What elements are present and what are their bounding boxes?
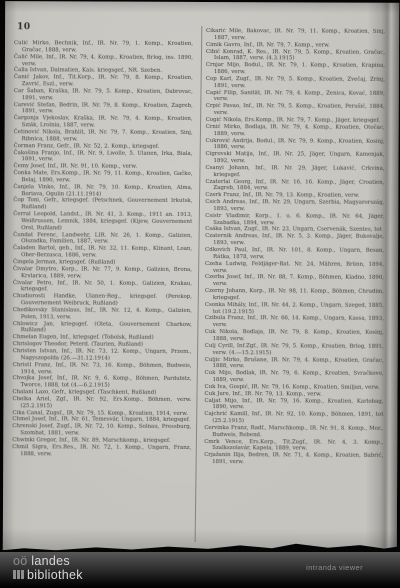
register-entry: Čargonja Vjekoslav, Kraška, IR. Nr. 79, … [14,115,193,129]
register-entry: Četinović Nikola, Brahlit, IR. Nr. 79, 7… [14,129,193,143]
register-entry: Csich Andreas, Inf., IR. Nr. 29, Ungarn,… [205,199,384,213]
register-entry: Čaladen Bartol, geb., Inf., IR. Nr. 32, … [13,245,192,259]
register-entry: Czerny Johann, Korp., IR. Nr. 98, 11. Ko… [205,288,384,302]
register-entry: Čulić Mirko, Bechnik, Inf., IR. Nr. 79, … [14,40,193,54]
register-entry: Cmrk Vence, Ers.Korp., Tit.Zugf., IR. Nr… [204,439,383,453]
column-divider [195,26,203,542]
logo-line-2: bibliothek [13,569,83,583]
register-entry: Csistr Vladimir, Korp., 1. u. 6. Komp., … [205,213,384,227]
register-entry: Čakošina Franjo, Inf., IR. Nr. 9, Lwolle… [13,150,192,164]
register-entry: Čivalar Petro, Inf., IR. Nr. 50, 1. Komp… [13,280,192,294]
register-entry: Cop Karl, Zugf., IR. Nr. 79, 5. Komp., K… [206,76,385,90]
register-entry: Čonka Mate, Ers.Komp., IR. Nr. 79, 11. K… [13,170,192,184]
register-entry: Car Šaban, Kraška, IR. Nr. 79, 5. Komp.,… [14,88,193,102]
register-entry: Cigrovski Matija, Inf., IR. Nr. 25, Jäge… [205,151,384,165]
register-entry: Chudiorosti Handke, Ulanen-Reg., kriegsg… [13,293,192,307]
register-entry: Capić Filip, Sanität, IR. Nr. 79, 4. Kom… [206,90,385,104]
register-entry: Chrenski Josef, Zugf., IR. Nr. 72, 10. K… [12,423,191,437]
logo-word-landes: landes [31,554,70,568]
logo-line-1: oö landes [13,555,83,569]
register-entry: Cuk Nikola, Bodlaja, IR. Nr. 79, 8. Komp… [205,329,384,343]
register-entry: Čundat Ferenc, Landwehr, LIR. Nr. 26, 1.… [13,232,192,246]
register-entry: Culjic Mirko, Brušane, IR. Nr. 79, 4. Ko… [205,357,384,371]
viewer-brand-label: intranda viewer [306,563,363,572]
register-entry: Čivalar Dmytro, Korp., IR. Nr. 77, 9. Ko… [13,266,192,280]
register-entry: Czaterlai Georg, Inf., IR. Nr. 16, 16. K… [205,179,384,193]
register-entry: Cajchrić Kamill, Inf., IR. Nr. 92, 10. K… [204,411,383,425]
library-logo: oö landes bibliothek [13,555,83,582]
register-entry: Christl Franz, Inf., IR. Nr. 73, 16. Kom… [13,362,192,376]
register-entry: Cibić Konrad, K. Res., IR. Nr. 79, 5. Ko… [206,49,385,63]
viewer-canvas: 10 Čulić Mirko, Bechnik, Inf., IR. Nr. 7… [0,0,400,588]
register-entry: Chedikovsky Stanislaus, Inf., IR. Nr. 12… [13,307,192,321]
register-entry: Chvojka Josef, Inf., IR. Nr. 9, 6. Komp.… [13,376,192,390]
register-entry: Czaternik Andreas, Inf., IR. Nr. 5, 3. K… [205,233,384,247]
logo-prefix: oö [13,554,28,568]
register-entry: Crnjar Mijo, Bodul., IR. Nr. 79, 1. Komp… [206,62,385,76]
register-entry: Czeha Ludwig, Feldjäger-Bat. Nr. 24, Mäh… [205,261,384,275]
page-number: 10 [17,22,31,32]
register-entry: Crpić Pavao, Inf., IR. Nr. 79, 5. Komp.,… [206,103,385,117]
register-entry: Cikarić Mile, Bakovac, IR. Nr. 79, 11. K… [206,28,385,42]
register-entry: Chlowicz Jan, kriegsgef. (Oleta, Gouvern… [13,321,192,335]
register-entry: Crjažanin Ilija, Bedren, IR. Nr. 71, 4. … [204,452,383,466]
register-entry: Čop Toni, Gefr., kriegsgef. (Petschnek, … [13,198,192,212]
scanned-page: 10 Čulić Mirko, Bechnik, Inf., IR. Nr. 7… [3,1,399,552]
register-entry: Christen Istvan, Inf., IR. Nr. 73, 12. K… [13,348,192,362]
viewer-footer: oö landes bibliothek intranda viewer [0,552,400,588]
register-entry: Chmil Sigra, Ers.Res., IR. Nr. 72, 1. Ko… [12,444,191,458]
logo-bars-icon [13,569,25,583]
register-entry: Čanić Jakov, Inf., Tit.Korp., IR. Nr. 79… [14,74,193,88]
register-entry: Caljat Mijo, Inf., IR. Nr. 79, 16. Komp.… [204,398,383,412]
register-entry: Chelka Ariel, Zgf., IR. Nr. 92, Ers.Komp… [12,396,191,410]
register-entry: Cukrović Andrija, Bodul., IR. Nr. 79, 9.… [206,138,385,152]
register-entry: Culj Cyrill, Inf.Zgf., IR. Nr. 79, 5. Ko… [205,343,384,357]
register-entry: Cuk Mijo, Bodlak, IR. Nr. 79, 6. Komp., … [205,370,384,384]
register-entry: Czerba Josef, Inf., IR. Nr. 88, 7. Komp.… [205,274,384,288]
register-entry: Csanyi Johann, Inf., IR. Nr. 29, Jäger, … [205,165,384,179]
register-entry: Čanjela Vinko, Inf., IR. Nr. 79, 10. Kom… [13,184,192,198]
register-entry: Cervinka Franz, Radf., Marschkomp., IR. … [204,425,383,439]
register-entry: Carević Stefan, Bedrin, IR. Nr. 79, 8. K… [14,102,193,116]
register-entry: Cdkovich Paul, Inf., IR. Nr. 101, 8. Kom… [205,247,384,261]
text-column-left: Čulić Mirko, Bechnik, Inf., IR. Nr. 79, … [12,40,193,547]
logo-word-bibliothek: bibliothek [27,568,83,582]
register-entry: Crnić Mirko, Bodlaja, IR. Nr. 79, 4. Kom… [206,124,385,138]
register-entry: Čalić Mile, Inf., IR. Nr. 79, 4. Komp., … [14,54,193,68]
register-entry: Čerral Leopold, Landst., IR. Nr. 41, 3. … [13,211,192,232]
text-column-right: Cikarić Mile, Bakovac, IR. Nr. 79, 11. K… [204,28,385,526]
register-entry: Csonka Mihály, Inf., IR. Nr. 44, 2. Komp… [205,302,384,316]
register-entry: Czibula Franz, Inf., IR. Nr. 66, 14. Kom… [205,315,384,329]
